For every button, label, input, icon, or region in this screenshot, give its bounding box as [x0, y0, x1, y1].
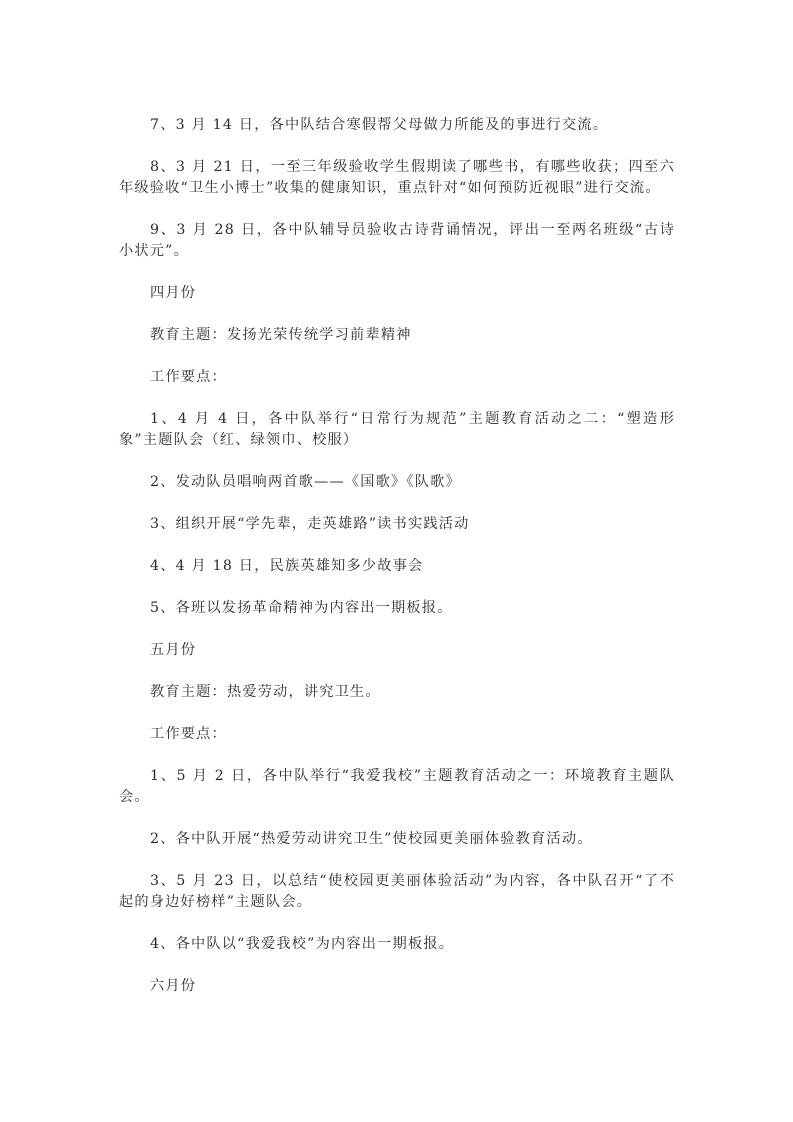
section-heading-june: 六月份	[119, 976, 675, 997]
paragraph-april-item-2: 2、发动队员唱响两首歌——《国歌》《队歌》	[119, 472, 675, 493]
paragraph-may-item-3: 3、5 月 23 日，以总结“使校园更美丽体验活动”为内容，各中队召开“了不起的…	[119, 871, 675, 913]
paragraph-march-item-7: 7、3 月 14 日，各中队结合寒假帮父母做力所能及的事进行交流。	[119, 115, 675, 136]
document-page: 7、3 月 14 日，各中队结合寒假帮父母做力所能及的事进行交流。 8、3 月 …	[119, 115, 675, 1018]
section-heading-april: 四月份	[119, 283, 675, 304]
section-heading-may: 五月份	[119, 640, 675, 661]
paragraph-april-item-4: 4、4 月 18 日，民族英雄知多少故事会	[119, 556, 675, 577]
paragraph-april-item-5: 5、各班以发扬革命精神为内容出一期板报。	[119, 598, 675, 619]
paragraph-april-item-3: 3、组织开展“学先辈，走英雄路”读书实践活动	[119, 514, 675, 535]
april-education-theme: 教育主题：发扬光荣传统学习前辈精神	[119, 325, 675, 346]
paragraph-may-item-2: 2、各中队开展“热爱劳动讲究卫生”使校园更美丽体验教育活动。	[119, 829, 675, 850]
may-education-theme: 教育主题：热爱劳动，讲究卫生。	[119, 682, 675, 703]
april-work-points-label: 工作要点：	[119, 367, 675, 388]
paragraph-may-item-1: 1、5 月 2 日，各中队举行“我爱我校”主题教育活动之一：环境教育主题队会。	[119, 766, 675, 808]
paragraph-april-item-1: 1、4 月 4 日，各中队举行“日常行为规范”主题教育活动之二：“塑造形象”主题…	[119, 409, 675, 451]
may-work-points-label: 工作要点：	[119, 724, 675, 745]
paragraph-march-item-8: 8、3 月 21 日，一至三年级验收学生假期读了哪些书，有哪些收获；四至六年级验…	[119, 157, 675, 199]
paragraph-may-item-4: 4、各中队以“我爱我校”为内容出一期板报。	[119, 934, 675, 955]
paragraph-march-item-9: 9、3 月 28 日，各中队辅导员验收古诗背诵情况，评出一至两名班级“古诗小状元…	[119, 220, 675, 262]
